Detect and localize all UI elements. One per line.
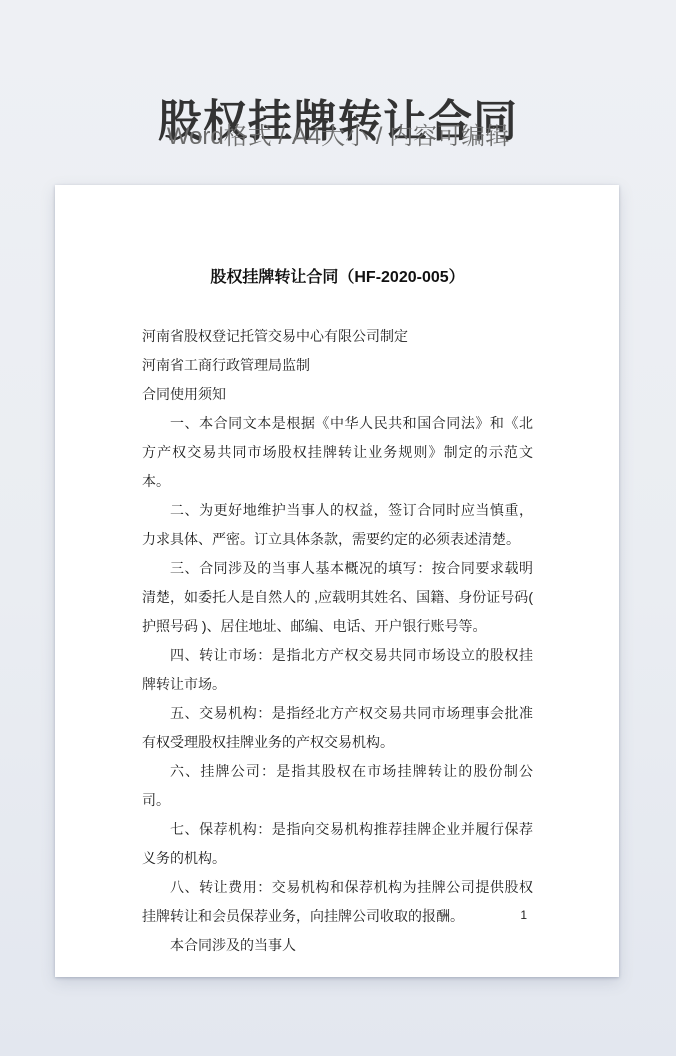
- contract-paragraph-2: 二、为更好地维护当事人的权益，签订合同时应当慎重，力求具体、严密。订立具体条款，…: [142, 496, 533, 554]
- document-content: 股权挂牌转让合同（HF-2020-005） 河南省股权登记托管交易中心有限公司制…: [142, 263, 533, 960]
- intro-line-drafter: 河南省股权登记托管交易中心有限公司制定: [142, 322, 533, 351]
- banner-subtitle: Word格式 / A4大小 / 内容可编辑: [0, 124, 676, 150]
- contract-paragraph-6: 六、挂牌公司：是指其股权在市场挂牌转让的股份制公司。: [142, 757, 533, 815]
- contract-paragraph-5: 五、交易机构：是指经北方产权交易共同市场理事会批准有权受理股权挂牌业务的产权交易…: [142, 699, 533, 757]
- intro-line-supervisor: 河南省工商行政管理局监制: [142, 351, 533, 380]
- contract-paragraph-1: 一、本合同文本是根据《中华人民共和国合同法》和《北方产权交易共同市场股权挂牌转让…: [142, 409, 533, 496]
- contract-paragraph-4: 四、转让市场：是指北方产权交易共同市场设立的股权挂牌转让市场。: [142, 641, 533, 699]
- contract-paragraph-8: 八、转让费用：交易机构和保荐机构为挂牌公司提供股权挂牌转让和会员保荐业务，向挂牌…: [142, 873, 533, 931]
- document-page: 股权挂牌转让合同（HF-2020-005） 河南省股权登记托管交易中心有限公司制…: [55, 185, 619, 977]
- closing-line: 本合同涉及的当事人: [142, 931, 533, 960]
- contract-paragraph-7: 七、保荐机构：是指向交易机构推荐挂牌企业并履行保荐义务的机构。: [142, 815, 533, 873]
- document-title: 股权挂牌转让合同（HF-2020-005）: [142, 263, 533, 292]
- page-number: 1: [520, 907, 527, 923]
- intro-line-notice-heading: 合同使用须知: [142, 380, 533, 409]
- contract-paragraph-3: 三、合同涉及的当事人基本概况的填写：按合同要求载明清楚，如委托人是自然人的 ,应…: [142, 554, 533, 641]
